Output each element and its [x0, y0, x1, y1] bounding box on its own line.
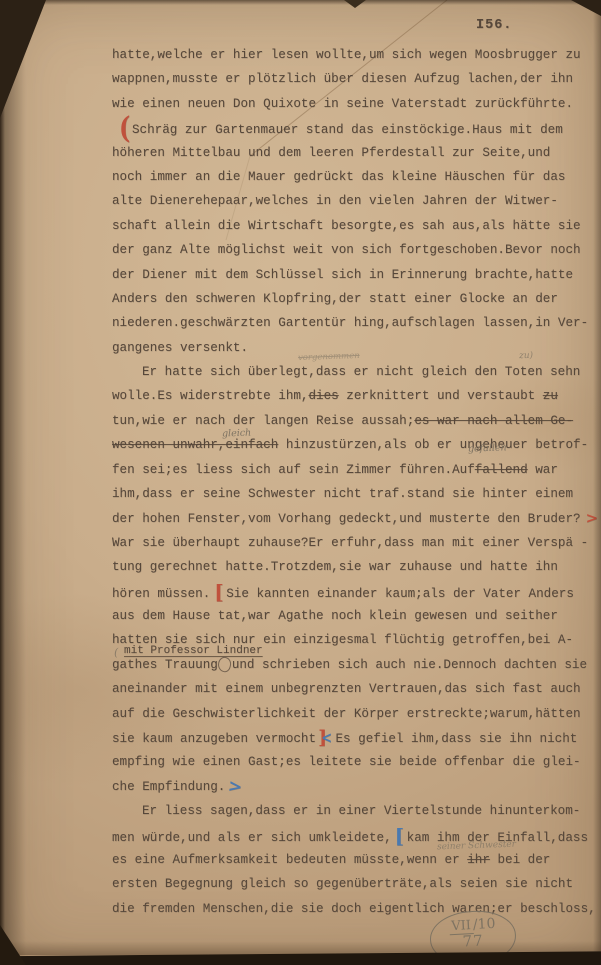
struck-text: fallend — [475, 463, 528, 477]
typed-text: Er liess sagen,dass er in einer Viertels… — [142, 804, 580, 818]
typed-text: gangenes versenkt. — [112, 341, 248, 355]
typed-text: gathes Trauung — [112, 658, 218, 672]
typed-text: es eine Aufmerksamkeit bedeuten müsste,w… — [112, 853, 467, 867]
typed-text: sie kaum anzugeben vermocht — [112, 732, 316, 746]
pencil-loop-mark — [216, 655, 232, 673]
typed-text: wolle.Es widerstrebte ihm, — [112, 389, 309, 403]
typescript-line: sie kaum anzugeben vermocht]<Es gefiel i… — [112, 726, 594, 750]
typed-text: Sie kannten einander kaum;als der Vater … — [226, 587, 574, 601]
typed-text: War sie überhaupt zuhause?Er erfuhr,dass… — [112, 536, 588, 550]
typescript-line: War sie überhaupt zuhause?Er erfuhr,dass… — [112, 531, 594, 555]
struck-text: wesenen unwahr, — [112, 438, 225, 452]
typescript-line: schaft allein die Wirtschaft besorgte,es… — [112, 214, 594, 238]
paper-sheet: I56. hatte,welche er hier lesen wollte,u… — [0, 0, 601, 965]
blue-bracket-mark: [ — [395, 824, 404, 848]
typed-text: war — [528, 463, 558, 477]
typescript-line: hören müssen.[Sie kannten einander kaum;… — [112, 580, 594, 604]
pencil-annotation: ( — [114, 646, 119, 659]
typescript-line: Er hatte sich überlegt,dass er nicht gle… — [112, 360, 594, 384]
typed-text: men würde,und als er sich umkleidete, — [112, 831, 392, 845]
typed-text: aus dem Hause tat,war Agathe noch klein … — [112, 609, 558, 623]
typescript-line: niederen.geschwärzten Gartentür hing,auf… — [112, 311, 594, 335]
typed-text: auf die Geschwisterlichkeit der Körper e… — [112, 707, 581, 721]
typescript-line: wappnen,musste er plötzlich über diesen … — [112, 67, 594, 91]
typescript-line: fen sei;es liess sich auf sein Zimmer fü… — [112, 458, 594, 482]
typescript-line: ersten Begegnung gleich so gegenüberträt… — [112, 872, 594, 896]
typed-text: zerknittert und verstaubt — [339, 389, 543, 403]
typescript-line: der Diener mit dem Schlüssel sich in Eri… — [112, 263, 594, 287]
typed-text: fen sei;es liess sich auf sein Zimmer fü… — [112, 463, 475, 477]
typewritten-text: hatte,welche er hier lesen wollte,um sic… — [112, 43, 594, 921]
stamp-slash-value: /10 — [472, 916, 495, 933]
typescript-line: die fremden Menschen,die sie doch eigent… — [112, 897, 594, 921]
typed-text: wie einen neuen Don Quixote in seine Vat… — [112, 97, 573, 111]
typed-text: wappnen,musste er plötzlich über diesen … — [112, 72, 573, 86]
struck-text: einfach — [225, 438, 278, 452]
typescript-line: che Empfindung.> — [112, 775, 594, 799]
typescript-line: Anders den schweren Klopfring,der statt … — [112, 287, 594, 311]
typed-text: schaft allein die Wirtschaft besorgte,es… — [112, 219, 581, 233]
red-paren-mark: ( — [119, 113, 132, 144]
typed-text: hören müssen. — [112, 587, 210, 601]
photo-corner-top-right — [571, 0, 601, 16]
typescript-line: alte Dienerehepaar,welches in den vielen… — [112, 189, 594, 213]
typed-text: hinzustürzen,als ob er ungeheuer betrof- — [278, 438, 588, 452]
typescript-line: höheren Mittelbau und dem leeren Pferdes… — [112, 141, 594, 165]
photo-edge-top — [0, 0, 601, 5]
pencil-annotation: zu) — [519, 351, 533, 361]
typescript-line: der ganz Alte möglichst weit von sich fo… — [112, 238, 594, 262]
typescript-line: der hohen Fenster,vom Vorhang gedeckt,un… — [112, 506, 594, 530]
typed-text: der hohen Fenster,vom Vorhang gedeckt,un… — [112, 512, 581, 526]
typescript-line: aneinander mit einem unbegrenzten Vertra… — [112, 677, 594, 701]
typed-text: der Diener mit dem Schlüssel sich in Eri… — [112, 268, 573, 282]
typescript-line: tun,wie er nach der langen Reise aussah;… — [112, 409, 594, 433]
typescript-line: auf die Geschwisterlichkeit der Körper e… — [112, 702, 594, 726]
typed-insertion: mit Professor Lindner — [124, 645, 263, 657]
typed-text: Er hatte sich überlegt,dass er nicht gle… — [142, 365, 580, 379]
photo-edge-right — [593, 0, 601, 965]
blue-arrow-mark: > — [227, 774, 245, 800]
typescript-line: ihm,dass er seine Schwester nicht traf.s… — [112, 482, 594, 506]
page-number: I56. — [476, 18, 512, 33]
typescript-line: wolle.Es widerstrebte ihm,dies zerknitte… — [112, 384, 594, 408]
typescript-line: Er liess sagen,dass er in einer Viertels… — [112, 799, 594, 823]
typescript-line: tung gerechnet hatte.Trotzdem,sie war zu… — [112, 555, 594, 579]
struck-text: dies — [309, 389, 339, 403]
typescript-line: empfing wie einen Gast;es leitete sie be… — [112, 750, 594, 774]
typed-text: bei der — [490, 853, 550, 867]
typescript-line: hatte,welche er hier lesen wollte,um sic… — [112, 43, 594, 67]
typescript-line: men würde,und als er sich umkleidete,[ka… — [112, 824, 594, 848]
typed-text: alte Dienerehepaar,welches in den vielen… — [112, 194, 558, 208]
typescript-line: aus dem Hause tat,war Agathe noch klein … — [112, 604, 594, 628]
typed-text: tung gerechnet hatte.Trotzdem,sie war zu… — [112, 560, 558, 574]
typescript-line: wie einen neuen Don Quixote in seine Vat… — [112, 92, 594, 116]
typescript-line: es eine Aufmerksamkeit bedeuten müsste,w… — [112, 848, 594, 872]
typed-text: Schräg zur Gartenmauer stand das einstöc… — [132, 123, 563, 137]
typed-text: che Empfindung. — [112, 780, 225, 794]
typed-text: und schrieben sich auch nie.Dennoch dach… — [232, 658, 587, 672]
blue-left-arrow-mark: < — [321, 726, 332, 750]
typed-text: der ganz Alte möglichst weit von sich fo… — [112, 243, 581, 257]
pencil-annotation: gleich — [222, 427, 252, 439]
typescript-line: noch immer an die Mauer gedrückt das kle… — [112, 165, 594, 189]
struck-text: es war nach allem Ge- — [414, 414, 573, 428]
typed-text: ihm,dass er seine Schwester nicht traf.s… — [112, 487, 573, 501]
typed-text: die fremden Menschen,die sie doch eigent… — [112, 902, 596, 916]
typed-text: tun,wie er nach der langen Reise aussah; — [112, 414, 414, 428]
manuscript-scan: I56. hatte,welche er hier lesen wollte,u… — [0, 0, 601, 965]
typed-text: empfing wie einen Gast;es leitete sie be… — [112, 755, 581, 769]
typed-text: noch immer an die Mauer gedrückt das kle… — [112, 170, 565, 184]
typed-text: Es gefiel ihm,dass sie ihn nicht — [335, 732, 577, 746]
typed-text: höheren Mittelbau und dem leeren Pferdes… — [112, 146, 550, 160]
struck-text: ihr — [467, 853, 490, 867]
typed-text: niederen.geschwärzten Gartentür hing,auf… — [112, 316, 588, 330]
typed-text: aneinander mit einem unbegrenzten Vertra… — [112, 682, 581, 696]
typescript-line: wesenen unwahr,einfach hinzustürzen,als … — [112, 433, 594, 457]
red-bracket-mark: [ — [214, 580, 223, 604]
typescript-line: (Schräg zur Gartenmauer stand das einstö… — [112, 116, 594, 140]
struck-text: zu — [543, 389, 558, 403]
photo-edge-left — [0, 0, 26, 965]
typed-text: hatte,welche er hier lesen wollte,um sic… — [112, 48, 581, 62]
pencil-annotation: gefallen — [468, 442, 507, 454]
typed-text: Anders den schweren Klopfring,der statt … — [112, 292, 558, 306]
typed-text: ersten Begegnung gleich so gegenüberträt… — [112, 877, 573, 891]
